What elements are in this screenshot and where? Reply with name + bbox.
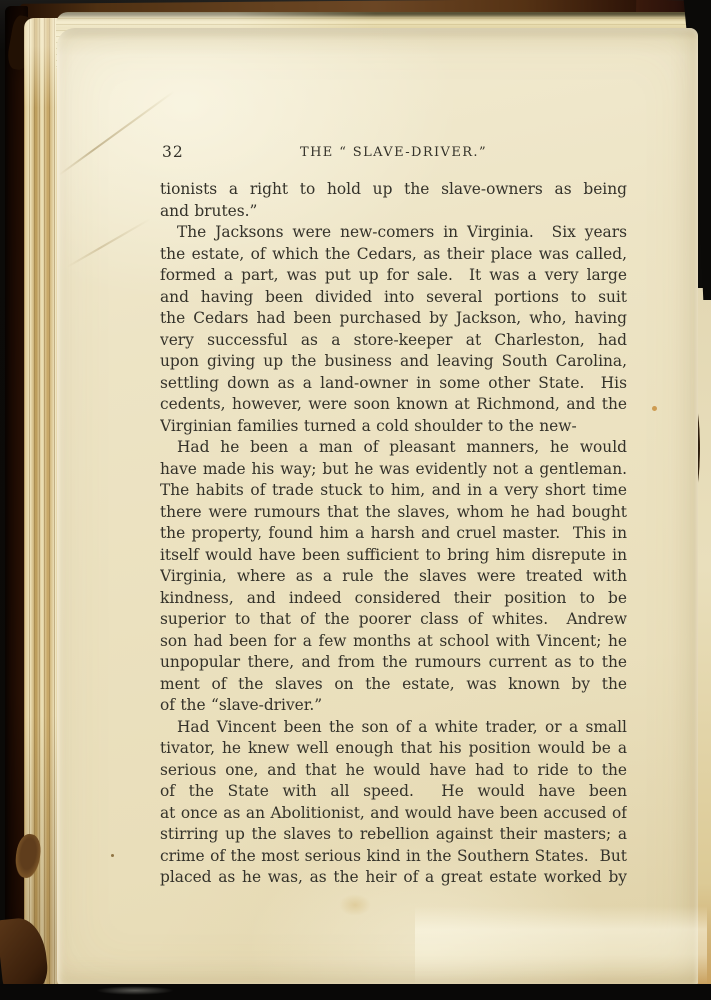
text-line: at once as an Abolitionist, and would ha… [160,803,627,825]
text-line: the estate, of which the Cedars, as thei… [160,244,627,266]
text-line: superior to that of the poorer class of … [160,609,627,631]
scanned-book-page: 32 THE “ SLAVE-DRIVER.” tionists a right… [57,28,698,986]
facing-page-sliver [698,288,711,988]
text-line: have made his way; but he was evidently … [160,459,627,481]
text-line: upon giving up the business and leaving … [160,351,627,373]
paper-crease [58,91,174,176]
text-line: there were rumours that the slaves, whom… [160,502,627,524]
text-line: and having been divided into several por… [160,287,627,309]
page-content: 32 THE “ SLAVE-DRIVER.” tionists a right… [160,142,627,889]
text-line: formed a part, was put up for sale. It w… [160,265,627,287]
text-line: of the “slave-driver.” [160,695,627,717]
paper-speck [652,406,657,411]
text-line: Had Vincent been the son of a white trad… [160,717,627,739]
paper-speck [111,854,114,857]
text-line: itself would have been sufficient to bri… [160,545,627,567]
text-line: The Jacksons were new-comers in Virginia… [160,222,627,244]
text-line: son had been for a few months at school … [160,631,627,653]
text-line: of the State with all speed. He would ha… [160,781,627,803]
text-line: kindness, and indeed considered their po… [160,588,627,610]
text-line: tionists a right to hold up the slave-ow… [160,179,627,201]
running-header: THE “ SLAVE-DRIVER.” [300,145,487,160]
text-line: unpopular there, and from the rumours cu… [160,652,627,674]
paper-crease [67,218,151,267]
text-block: tionists a right to hold up the slave-ow… [160,179,627,889]
text-line: serious one, and that he would have had … [160,760,627,782]
paper-stain [339,894,371,916]
text-line: settling down as a land-owner in some ot… [160,373,627,395]
text-line: the property, found him a harsh and crue… [160,523,627,545]
text-line: tivator, he knew well enough that his po… [160,738,627,760]
page-number: 32 [162,143,184,161]
text-line: cedents, however, were soon known at Ric… [160,394,627,416]
text-line: stirring up the slaves to rebellion agai… [160,824,627,846]
paper-light-band [415,906,707,984]
text-line: ment of the slaves on the estate, was kn… [160,674,627,696]
book-photo-scene: 32 THE “ SLAVE-DRIVER.” tionists a right… [0,0,711,1000]
text-line: very successful as a store-keeper at Cha… [160,330,627,352]
text-line: Virginia, where as a rule the slaves wer… [160,566,627,588]
text-line: and brutes.” [160,201,627,223]
text-line: placed as he was, as the heir of a great… [160,867,627,889]
text-line: The habits of trade stuck to him, and in… [160,480,627,502]
page-header-row: 32 THE “ SLAVE-DRIVER.” [160,142,627,162]
text-line: Had he been a man of pleasant manners, h… [160,437,627,459]
text-line: Virginian families turned a cold shoulde… [160,416,627,438]
text-line: crime of the most serious kind in the So… [160,846,627,868]
table-glint [96,986,174,995]
text-line: the Cedars had been purchased by Jackson… [160,308,627,330]
